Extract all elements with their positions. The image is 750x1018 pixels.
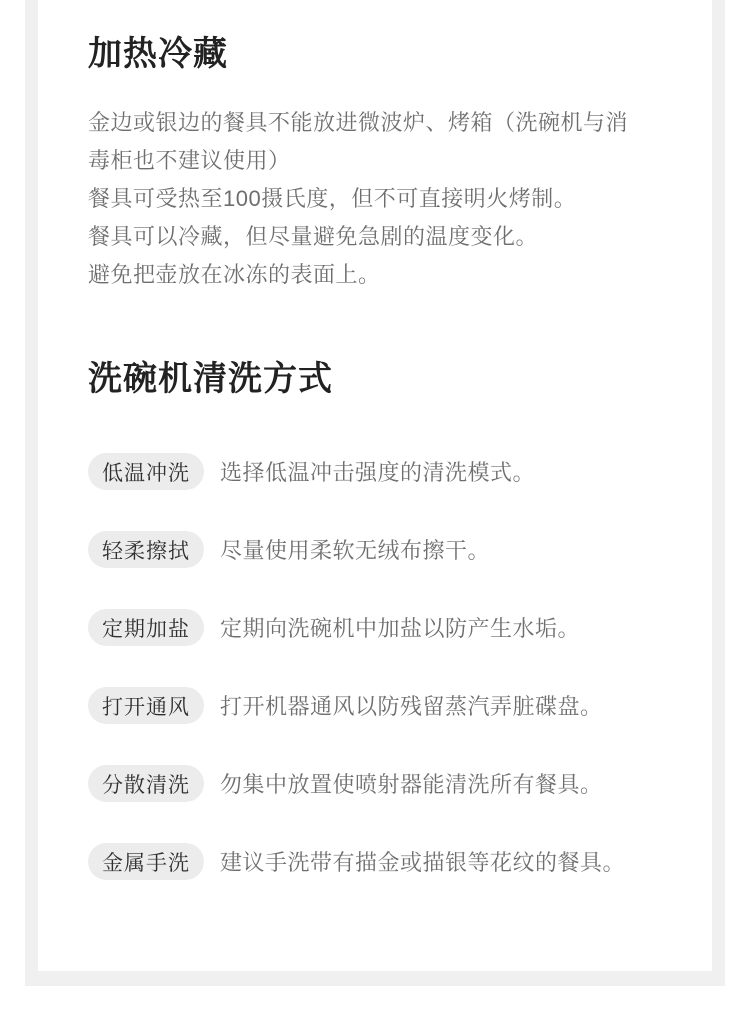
tip-tag: 分散清洗	[88, 765, 204, 802]
detail-image-background: 加热冷藏 金边或银边的餐具不能放进微波炉、烤箱（洗碗机与消 毒柜也不建议使用） …	[25, 0, 725, 986]
heating-line: 毒柜也不建议使用）	[88, 142, 662, 180]
tip-tag: 打开通风	[88, 687, 204, 724]
heating-line: 金边或银边的餐具不能放进微波炉、烤箱（洗碗机与消	[88, 104, 662, 142]
tip-row-spread-out: 分散清洗 勿集中放置使喷射器能清洗所有餐具。	[88, 765, 662, 802]
tip-description: 建议手洗带有描金或描银等花纹的餐具。	[220, 846, 625, 877]
section-title-dishwasher: 洗碗机清洗方式	[88, 357, 662, 401]
tip-tag: 金属手洗	[88, 843, 204, 880]
heating-line: 餐具可以冷藏，但尽量避免急剧的温度变化。	[88, 218, 662, 256]
tip-row-low-temp: 低温冲洗 选择低温冲击强度的清洗模式。	[88, 453, 662, 490]
tip-tag: 轻柔擦拭	[88, 531, 204, 568]
heating-line: 餐具可受热至100摄氏度，但不可直接明火烤制。	[88, 180, 662, 218]
dishwasher-tips-list: 低温冲洗 选择低温冲击强度的清洗模式。 轻柔擦拭 尽量使用柔软无绒布擦干。 定期…	[88, 453, 662, 880]
tip-tag: 定期加盐	[88, 609, 204, 646]
tip-description: 勿集中放置使喷射器能清洗所有餐具。	[220, 768, 603, 799]
tip-description: 选择低温冲击强度的清洗模式。	[220, 456, 535, 487]
tip-row-ventilation: 打开通风 打开机器通风以防残留蒸汽弄脏碟盘。	[88, 687, 662, 724]
heating-paragraph: 金边或银边的餐具不能放进微波炉、烤箱（洗碗机与消 毒柜也不建议使用） 餐具可受热…	[88, 104, 662, 294]
tip-row-gentle-wipe: 轻柔擦拭 尽量使用柔软无绒布擦干。	[88, 531, 662, 568]
tip-description: 尽量使用柔软无绒布擦干。	[220, 534, 490, 565]
tip-row-handwash-metal: 金属手洗 建议手洗带有描金或描银等花纹的餐具。	[88, 843, 662, 880]
heating-line: 避免把壶放在冰冻的表面上。	[88, 256, 662, 294]
section-title-heating: 加热冷藏	[88, 0, 662, 76]
tip-description: 打开机器通风以防残留蒸汽弄脏碟盘。	[220, 690, 603, 721]
tip-row-add-salt: 定期加盐 定期向洗碗机中加盐以防产生水垢。	[88, 609, 662, 646]
care-instructions-card: 加热冷藏 金边或银边的餐具不能放进微波炉、烤箱（洗碗机与消 毒柜也不建议使用） …	[38, 0, 712, 971]
tip-description: 定期向洗碗机中加盐以防产生水垢。	[220, 612, 580, 643]
tip-tag: 低温冲洗	[88, 453, 204, 490]
